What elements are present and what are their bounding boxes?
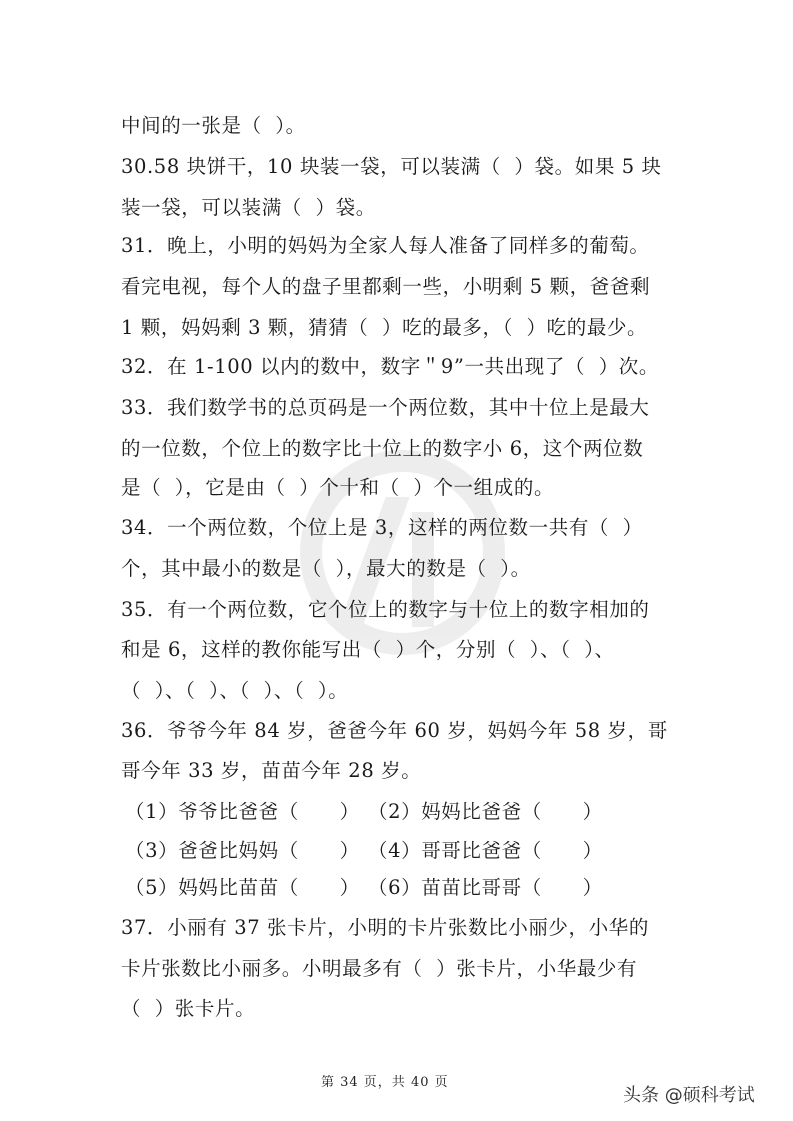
question-37-line-1: 37．小丽有 37 张卡片，小明的卡片张数比小丽少，小华的: [121, 916, 649, 940]
question-37-line-2: 卡片张数比小丽多。小明最多有（ ）张卡片，小华最少有: [121, 957, 637, 981]
question-31-line-1: 31．晚上，小明的妈妈为全家人每人准备了同样多的葡萄。: [121, 234, 650, 258]
sub-question-3: （3）爸爸比妈妈（ ）: [125, 839, 360, 863]
sub-question-6: （6）苗苗比哥哥（ ）: [368, 876, 603, 900]
sub-question-4: （4）哥哥比爸爸（ ）: [368, 839, 603, 863]
brand-watermark: 头条 @硕科考试: [623, 1081, 755, 1107]
question-33-line-2: 的一位数，个位上的数字比十位上的数字小 6，这个两位数: [121, 437, 643, 461]
page-number: 第 34 页，共 40 页: [321, 1071, 449, 1090]
question-30-line-2: 装一袋，可以装满（ ）袋。: [121, 196, 376, 220]
question-31-line-2: 看完电视，每个人的盘子里都剩一些，小明剩 5 颗，爸爸剩: [121, 275, 650, 299]
document-page: 中间的一张是（ ）。 30.58 块饼干，10 块装一袋，可以装满（ ）袋。如果…: [0, 0, 793, 1121]
question-37-line-3: （ ）张卡片。: [121, 997, 255, 1021]
question-34-line-2: 个，其中最小的数是（ ），最大的数是（ ）。: [121, 557, 531, 581]
sub-question-2: （2）妈妈比爸爸（ ）: [368, 800, 603, 824]
sub-question-5: （5）妈妈比苗苗（ ）: [125, 876, 360, 900]
question-31-line-3: 1 颗，妈妈剩 3 颗，猜猜（ ）吃的最多，（ ）吃的最少。: [121, 316, 647, 340]
question-30-line-1: 30.58 块饼干，10 块装一袋，可以装满（ ）袋。如果 5 块: [121, 155, 662, 179]
question-35-line-2: 和是 6，这样的教你能写出（ ）个，分别（ ）、（ ）、: [121, 638, 615, 662]
question-33-line-1: 33．我们数学书的总页码是一个两位数，其中十位上是最大: [121, 396, 650, 420]
sub-question-1: （1）爷爷比爸爸（ ）: [125, 800, 360, 824]
question-34-line-1: 34．一个两位数，个位上是 3，这样的两位数一共有（ ）: [121, 516, 643, 540]
question-36-line-1: 36．爷爷今年 84 岁，爸爸今年 60 岁，妈妈今年 58 岁，哥: [121, 719, 668, 743]
question-32-line-1: 32．在 1-100 以内的数中，数字＂9”一共出现了（ ）次。: [121, 355, 659, 379]
question-35-line-1: 35．有一个两位数，它个位上的数字与十位上的数字相加的: [121, 598, 650, 622]
question-36-line-2: 哥今年 33 岁，苗苗今年 28 岁。: [121, 759, 421, 783]
question-33-line-3: 是（ ），它是由（ ）个十和（ ）个一组成的。: [121, 476, 554, 500]
question-35-line-3: （ ）、（ ）、（ ）、（ ）。: [121, 679, 348, 703]
text-line: 中间的一张是（ ）。: [121, 114, 306, 138]
